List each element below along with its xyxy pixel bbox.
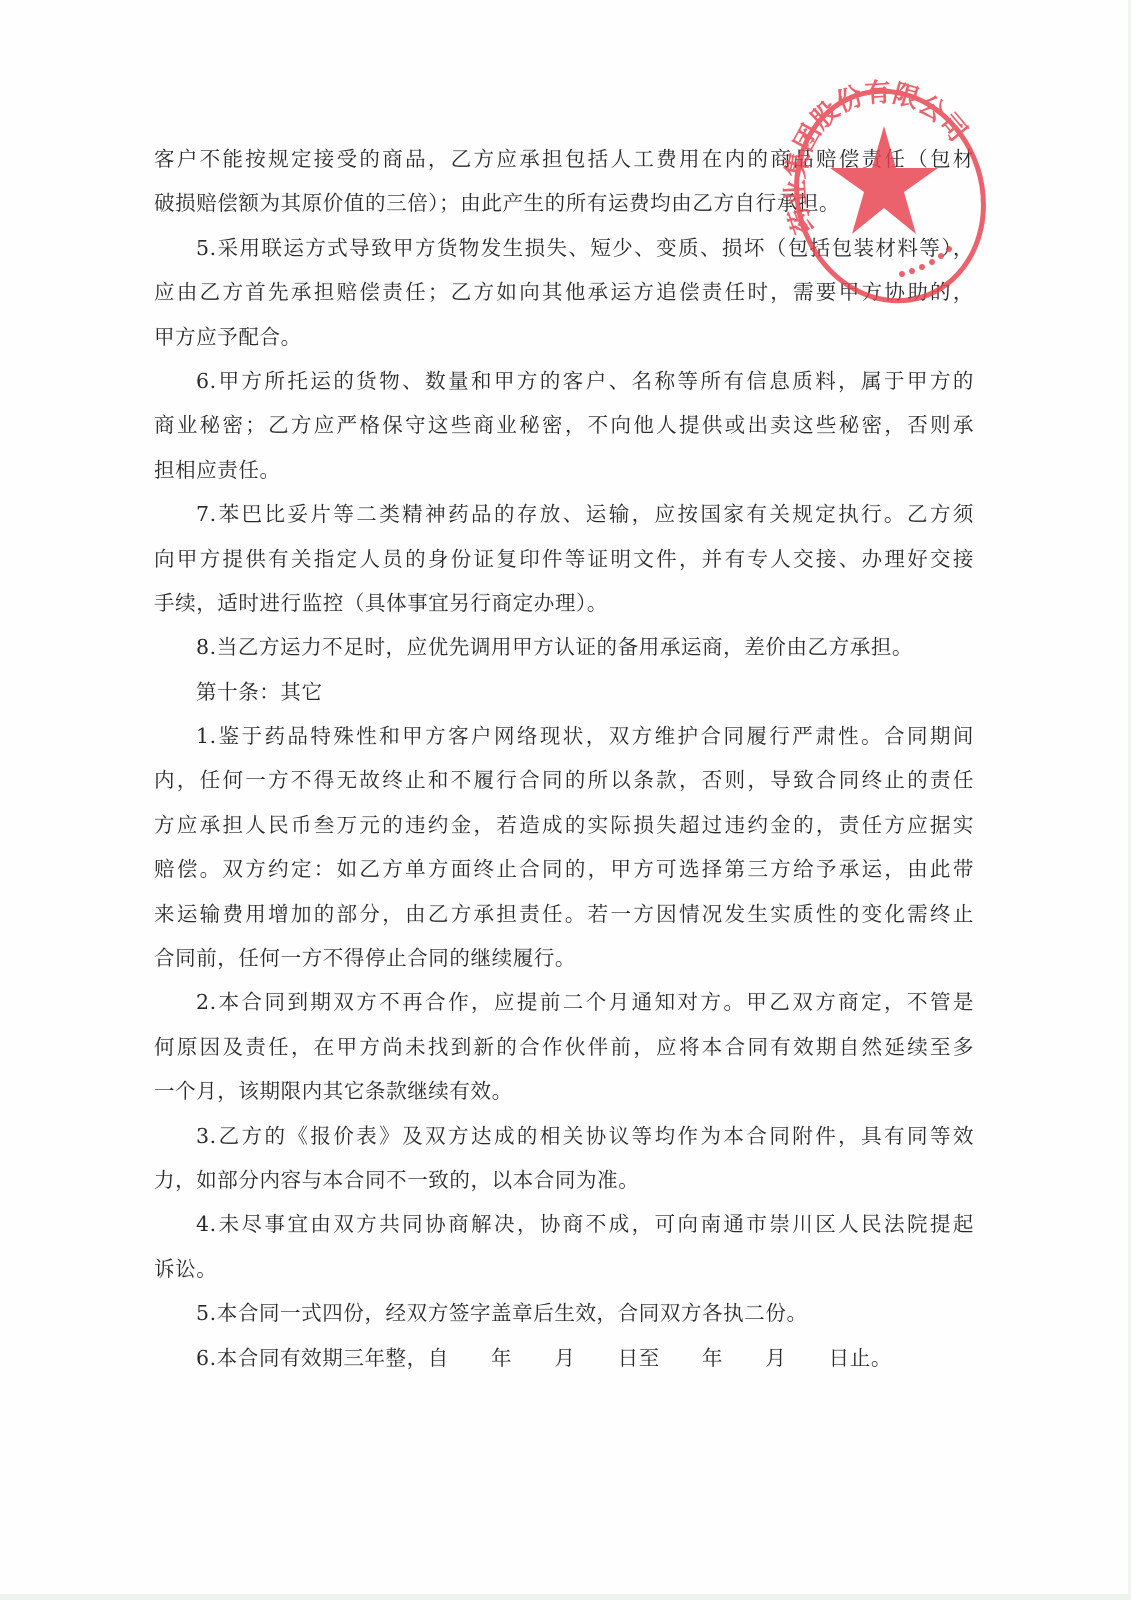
clause-9-item-8: 8.当乙方运力不足时，应优先调用甲方认证的备用承运商，差价由乙方承担。 xyxy=(154,625,974,669)
text-line: 甲方应予配合。 xyxy=(154,315,974,359)
text-line: 力，如部分内容与本合同不一致的，以本合同为准。 xyxy=(154,1158,974,1202)
text-line: 向甲方提供有关指定人员的身份证复印件等证明文件，并有专人交接、办理好交接 xyxy=(154,537,974,581)
text-line: 一个月，该期限内其它条款继续有效。 xyxy=(154,1069,974,1113)
clause-9-item-5: 5.采用联运方式导致甲方货物发生损失、短少、变质、损坏（包括包装材料等）， xyxy=(154,226,974,270)
text-line: 赔偿。双方约定：如乙方单方面终止合同的，甲方可选择第三方给予承运，由此带 xyxy=(154,847,974,891)
text-line: 来运输费用增加的部分，由乙方承担责任。若一方因情况发生实质性的变化需终止 xyxy=(154,892,974,936)
text-line: 手续，适时进行监控（具体事宜另行商定办理）。 xyxy=(154,581,974,625)
text-line: 应由乙方首先承担赔偿责任；乙方如向其他承运方追偿责任时，需要甲方协助的， xyxy=(154,270,974,314)
text-line: 方应承担人民币叁万元的违约金，若造成的实际损失超过违约金的，责任方应据实 xyxy=(154,803,974,847)
text-line: 内，任何一方不得无故终止和不履行合同的所以条款，否则，导致合同终止的责任 xyxy=(154,758,974,802)
text-line: 担相应责任。 xyxy=(154,448,974,492)
section-heading-article-10: 第十条：其它 xyxy=(154,670,974,714)
clause-10-item-1: 1.鉴于药品特殊性和甲方客户网络现状，双方维护合同履行严肃性。合同期间 xyxy=(154,714,974,758)
text-line: 商业秘密；乙方应严格保守这些商业秘密，不向他人提供或出卖这些秘密，否则承 xyxy=(154,403,974,447)
contract-body-text: 客户不能按规定接受的商品，乙方应承担包括人工费用在内的商品赔偿责任（包材 破损赔… xyxy=(154,137,974,1380)
text-line: 何原因及责任，在甲方尚未找到新的合作伙伴前，应将本合同有效期自然延续至多 xyxy=(154,1025,974,1069)
clause-10-item-2: 2.本合同到期双方不再合作，应提前二个月通知对方。甲乙双方商定，不管是 xyxy=(154,980,974,1024)
clause-10-item-3: 3.乙方的《报价表》及双方达成的相关协议等均作为本合同附件，具有同等效 xyxy=(154,1114,974,1158)
text-line: 诉讼。 xyxy=(154,1247,974,1291)
scanned-contract-page: 客户不能按规定接受的商品，乙方应承担包括人工费用在内的商品赔偿责任（包材 破损赔… xyxy=(0,0,1131,1600)
text-line: 客户不能按规定接受的商品，乙方应承担包括人工费用在内的商品赔偿责任（包材 xyxy=(154,137,974,181)
clause-10-item-5: 5.本合同一式四份，经双方签字盖章后生效，合同双方各执二份。 xyxy=(154,1291,974,1335)
clause-10-item-6: 6.本合同有效期三年整，自 年 月 日至 年 月 日止。 xyxy=(154,1336,974,1380)
clause-10-item-4: 4.未尽事宜由双方共同协商解决，协商不成，可向南通市崇川区人民法院提起 xyxy=(154,1202,974,1246)
text-line: 破损赔偿额为其原价值的三倍）；由此产生的所有运费均由乙方自行承担。 xyxy=(154,181,974,225)
text-line: 合同前，任何一方不得停止合同的继续履行。 xyxy=(154,936,974,980)
clause-9-item-6: 6.甲方所托运的货物、数量和甲方的客户、名称等所有信息质料，属于甲方的 xyxy=(154,359,974,403)
scan-bottom-edge xyxy=(0,1594,1131,1600)
clause-9-item-7: 7.苯巴比妥片等二类精神药品的存放、运输，应按国家有关规定执行。乙方须 xyxy=(154,492,974,536)
